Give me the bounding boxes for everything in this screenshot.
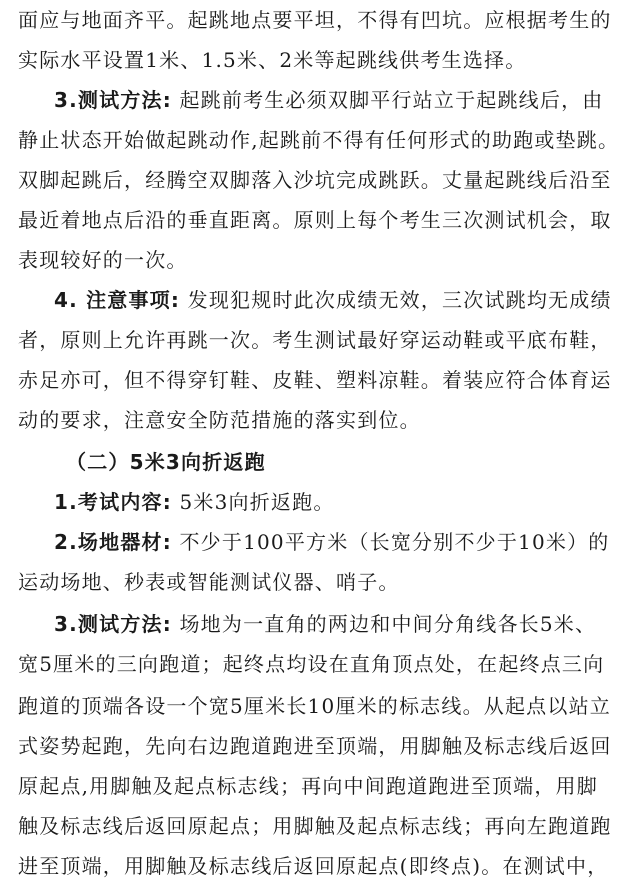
item-label: 3.测试方法: <box>54 88 172 112</box>
line-text: 进至顶端，用脚触及标志线后返回原起点(即终点)。在测试中， <box>18 854 608 878</box>
line-text: 赤足亦可，但不得穿钉鞋、皮鞋、塑料凉鞋。着装应符合体育运 <box>18 368 612 392</box>
section-heading: （二）5米3向折返跑 <box>66 442 266 482</box>
paragraph-line: 4. 注意事项: 发现犯规时此次成绩无效，三次试跳均无成绩 <box>54 280 612 320</box>
line-text: 触及标志线后返回原起点；用脚触及起点标志线；再向左跑道跑 <box>18 814 612 838</box>
paragraph-line: 动的要求，注意安全防范措施的落实到位。 <box>18 400 421 440</box>
paragraph-line: 面应与地面齐平。起跳地点要平坦，不得有凹坑。应根据考生的 <box>18 0 612 40</box>
line-text: 宽5厘米的三向跑道；起终点均设在直角顶点处，在起终点三向 <box>18 652 604 676</box>
line-text: 跑道的顶端各设一个宽5厘米长10厘米的标志线。从起点以站立 <box>18 694 611 718</box>
line-text: 发现犯规时此次成绩无效，三次试跳均无成绩 <box>188 288 612 312</box>
paragraph-line: 3.测试方法: 场地为一直角的两边和中间分角线各长5米、 <box>54 604 596 644</box>
line-text: 5米3向折返跑。 <box>179 490 334 514</box>
paragraph-line: 原起点,用脚触及起点标志线；再向中间跑道跑进至顶端，用脚 <box>18 766 598 806</box>
line-text: 原起点,用脚触及起点标志线；再向中间跑道跑进至顶端，用脚 <box>18 774 598 798</box>
line-text: 最近着地点后沿的垂直距离。原则上每个考生三次测试机会，取 <box>18 208 612 232</box>
line-text: 实际水平设置1米、1.5米、2米等起跳线供考生选择。 <box>18 48 526 72</box>
paragraph-line: 表现较好的一次。 <box>18 240 188 280</box>
line-text: 不少于100平方米（长宽分别不少于10米）的 <box>179 530 609 554</box>
item-label: 2.场地器材: <box>54 530 172 554</box>
item-label: 1.考试内容: <box>54 490 172 514</box>
line-text: 式姿势起跑，先向右边跑道跑进至顶端，用脚触及标志线后返回 <box>18 734 612 758</box>
paragraph-line: 实际水平设置1米、1.5米、2米等起跳线供考生选择。 <box>18 40 526 80</box>
line-text: 者，原则上允许再跳一次。考生测试最好穿运动鞋或平底布鞋， <box>18 328 612 352</box>
paragraph-line: 1.考试内容: 5米3向折返跑。 <box>54 482 335 522</box>
paragraph-line: 运动场地、秒表或智能测试仪器、哨子。 <box>18 562 400 602</box>
paragraph-line: 静止状态开始做起跳动作,起跳前不得有任何形式的助跑或垫跳。 <box>18 120 619 160</box>
line-text: 双脚起跳后，经腾空双脚落入沙坑完成跳跃。丈量起跳线后沿至 <box>18 168 612 192</box>
paragraph-line: 跑道的顶端各设一个宽5厘米长10厘米的标志线。从起点以站立 <box>18 686 611 726</box>
line-text: 运动场地、秒表或智能测试仪器、哨子。 <box>18 570 400 594</box>
line-text: 动的要求，注意安全防范措施的落实到位。 <box>18 408 421 432</box>
line-text: 面应与地面齐平。起跳地点要平坦，不得有凹坑。应根据考生的 <box>18 8 612 32</box>
paragraph-line: 者，原则上允许再跳一次。考生测试最好穿运动鞋或平底布鞋， <box>18 320 612 360</box>
line-text: 表现较好的一次。 <box>18 248 188 272</box>
paragraph-line: 双脚起跳后，经腾空双脚落入沙坑完成跳跃。丈量起跳线后沿至 <box>18 160 612 200</box>
item-label: 3.测试方法: <box>54 612 172 636</box>
item-label: 4. 注意事项: <box>54 288 180 312</box>
line-text: 静止状态开始做起跳动作,起跳前不得有任何形式的助跑或垫跳。 <box>18 128 619 152</box>
paragraph-line: 式姿势起跑，先向右边跑道跑进至顶端，用脚触及标志线后返回 <box>18 726 612 766</box>
paragraph-line: 进至顶端，用脚触及标志线后返回原起点(即终点)。在测试中， <box>18 846 608 886</box>
paragraph-line: 最近着地点后沿的垂直距离。原则上每个考生三次测试机会，取 <box>18 200 612 240</box>
line-text: 起跳前考生必须双脚平行站立于起跳线后，由 <box>179 88 603 112</box>
paragraph-line: 宽5厘米的三向跑道；起终点均设在直角顶点处，在起终点三向 <box>18 644 604 684</box>
paragraph-line: 2.场地器材: 不少于100平方米（长宽分别不少于10米）的 <box>54 522 610 562</box>
paragraph-line: 3.测试方法: 起跳前考生必须双脚平行站立于起跳线后，由 <box>54 80 603 120</box>
line-text: 场地为一直角的两边和中间分角线各长5米、 <box>179 612 596 636</box>
paragraph-line: 触及标志线后返回原起点；用脚触及起点标志线；再向左跑道跑 <box>18 806 612 846</box>
paragraph-line: 赤足亦可，但不得穿钉鞋、皮鞋、塑料凉鞋。着装应符合体育运 <box>18 360 612 400</box>
